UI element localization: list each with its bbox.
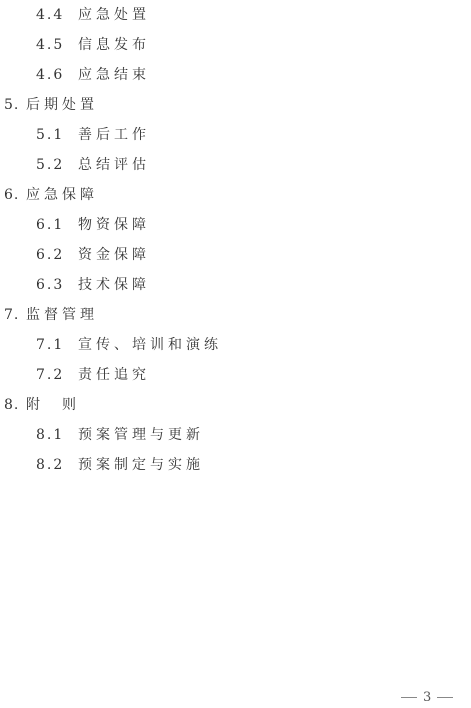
toc-title: 预案制定与实施 (78, 457, 204, 473)
toc-title: 附 则 (26, 397, 80, 413)
toc-number: 4.4 (36, 5, 78, 25)
toc-number: 5. (4, 95, 26, 115)
toc-number: 6. (4, 185, 26, 205)
toc-title: 监督管理 (26, 307, 98, 323)
toc-number: 8.1 (36, 425, 78, 445)
toc-number: 5.1 (36, 125, 78, 145)
toc-title: 技术保障 (78, 277, 150, 293)
toc-title: 预案管理与更新 (78, 427, 204, 443)
toc-title: 应急结束 (78, 67, 150, 83)
toc-number: 4.5 (36, 35, 78, 55)
toc-title: 应急处置 (78, 7, 150, 23)
page-number: 3 (395, 690, 459, 705)
toc-title: 善后工作 (78, 127, 150, 143)
toc-item-7-1: 7.1宣传、培训和演练 (36, 335, 222, 355)
toc-number: 5.2 (36, 155, 78, 175)
toc-number: 6.1 (36, 215, 78, 235)
toc-item-5-2: 5.2总结评估 (36, 155, 150, 175)
toc-number: 7. (4, 305, 26, 325)
toc-title: 物资保障 (78, 217, 150, 233)
toc-item-6-1: 6.1物资保障 (36, 215, 150, 235)
toc-number: 6.3 (36, 275, 78, 295)
toc-title: 责任追究 (78, 367, 150, 383)
dash-left (401, 697, 417, 698)
toc-title: 资金保障 (78, 247, 150, 263)
toc-item-4-5: 4.5信息发布 (36, 35, 150, 55)
toc-number: 8.2 (36, 455, 78, 475)
toc-item-7-2: 7.2责任追究 (36, 365, 150, 385)
toc-number: 7.1 (36, 335, 78, 355)
toc-item-4-6: 4.6应急结束 (36, 65, 150, 85)
toc-item-8-2: 8.2预案制定与实施 (36, 455, 204, 475)
toc-section-6: 6.应急保障 (4, 185, 98, 205)
toc-title: 信息发布 (78, 37, 150, 53)
toc-section-5: 5.后期处置 (4, 95, 98, 115)
dash-right (437, 697, 453, 698)
toc-number: 6.2 (36, 245, 78, 265)
page-number-value: 3 (423, 690, 431, 705)
toc-number: 4.6 (36, 65, 78, 85)
toc-title: 宣传、培训和演练 (78, 337, 222, 353)
toc-item-6-3: 6.3技术保障 (36, 275, 150, 295)
toc-item-6-2: 6.2资金保障 (36, 245, 150, 265)
toc-item-4-4: 4.4应急处置 (36, 5, 150, 25)
toc-number: 7.2 (36, 365, 78, 385)
toc-section-8: 8.附 则 (4, 395, 80, 415)
toc-section-7: 7.监督管理 (4, 305, 98, 325)
toc-title: 后期处置 (26, 97, 98, 113)
toc-item-8-1: 8.1预案管理与更新 (36, 425, 204, 445)
toc-title: 应急保障 (26, 187, 98, 203)
toc-item-5-1: 5.1善后工作 (36, 125, 150, 145)
toc-number: 8. (4, 395, 26, 415)
toc-title: 总结评估 (78, 157, 150, 173)
